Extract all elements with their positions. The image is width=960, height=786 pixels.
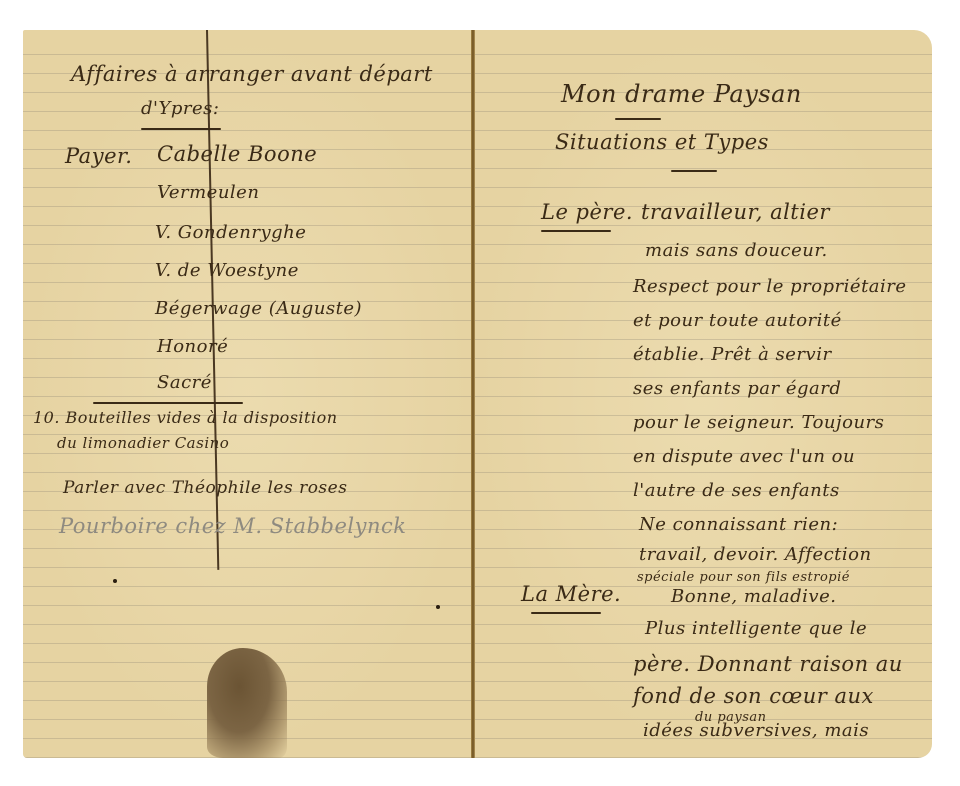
water-stain (207, 648, 287, 758)
heading-underline (141, 128, 221, 130)
pere-underline (541, 230, 611, 232)
mere-line: Plus intelligente que le (645, 618, 867, 639)
pere-line: pour le seigneur. Toujours (633, 412, 884, 433)
mere-line: idées subversives, mais (643, 720, 869, 741)
left-heading-line1: Affaires à arranger avant départ (71, 62, 433, 86)
name-item: V. Gondenryghe (155, 222, 306, 243)
section-label-mere: La Mère. (521, 582, 621, 606)
note-bottles-line2: du limonadier Casino (57, 434, 229, 452)
subtitle-underline (671, 170, 717, 172)
ink-dot (113, 579, 117, 583)
pere-line: travailleur, altier (641, 200, 830, 224)
mere-line: Bonne, maladive. (671, 586, 836, 607)
title-underline (615, 118, 661, 120)
name-item: Cabelle Boone (157, 142, 317, 166)
name-item: V. de Woestyne (155, 260, 299, 281)
notebook-scan: Affaires à arranger avant départ d'Ypres… (23, 30, 932, 758)
left-heading-line2: d'Ypres: (141, 98, 219, 119)
pere-line: travail, devoir. Affection (639, 544, 872, 565)
list-label-payer: Payer. (65, 144, 132, 168)
name-item: Vermeulen (157, 182, 259, 203)
note-roses: Parler avec Théophile les roses (63, 478, 347, 498)
mere-line: fond de son cœur aux (633, 684, 874, 708)
right-page: Mon drame Paysan Situations et Types Le … (473, 30, 932, 758)
pere-line: en dispute avec l'un ou (633, 446, 855, 467)
note-pourboire-pencil: Pourboire chez M. Stabbelynck (59, 514, 407, 538)
note-bottles-line1: 10. Bouteilles vides à la disposition (33, 408, 338, 427)
name-item: Bégerwage (Auguste) (155, 298, 362, 319)
pere-line: ses enfants par égard (633, 378, 841, 399)
left-page: Affaires à arranger avant départ d'Ypres… (23, 30, 473, 758)
pere-line: Respect pour le propriétaire (633, 276, 907, 297)
name-item: Honoré (157, 336, 228, 357)
pere-line: et pour toute autorité (633, 310, 842, 331)
notebook-gutter (471, 30, 475, 758)
pere-line: Ne connaissant rien: (639, 514, 838, 535)
manuscript-subtitle: Situations et Types (555, 130, 769, 154)
mere-underline (531, 612, 601, 614)
ink-dot (436, 605, 440, 609)
pere-line: spéciale pour son fils estropié (637, 570, 850, 585)
section-label-pere: Le père. (541, 200, 633, 224)
mere-line: père. Donnant raison au (633, 652, 903, 676)
list-divider (93, 402, 243, 404)
pere-line: mais sans douceur. (645, 240, 828, 261)
pere-line: l'autre de ses enfants (633, 480, 840, 501)
pere-line: établie. Prêt à servir (633, 344, 832, 365)
name-item: Sacré (157, 372, 212, 393)
manuscript-title: Mon drame Paysan (561, 80, 802, 108)
